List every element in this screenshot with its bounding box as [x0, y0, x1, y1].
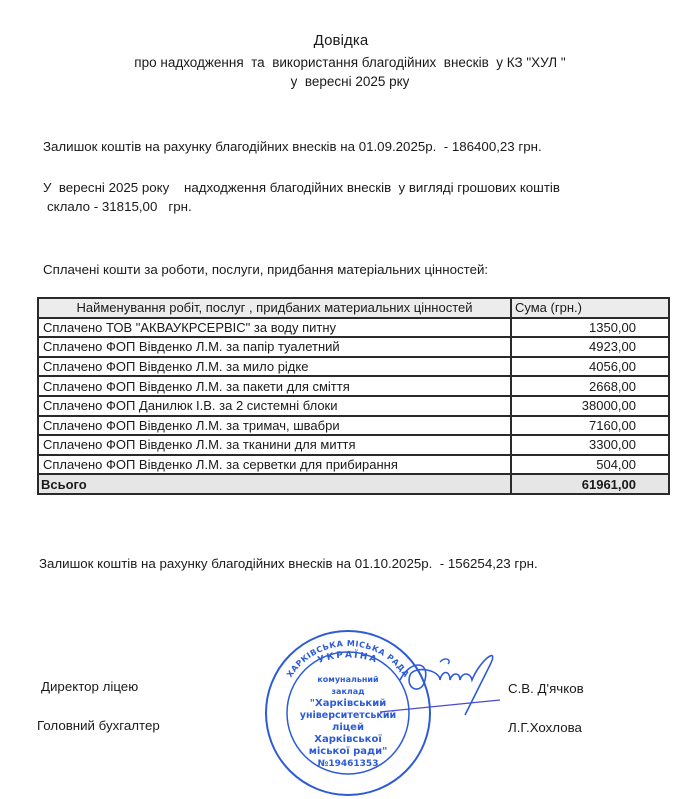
svg-text:заклад: заклад [331, 687, 365, 696]
signature-icon [380, 640, 510, 720]
svg-text:УКРАЇНА: УКРАЇНА [317, 650, 380, 666]
svg-text:міської ради": міської ради" [309, 745, 388, 757]
row-amount: 1350,00 [511, 318, 669, 338]
row-amount: 4923,00 [511, 337, 669, 357]
row-amount: 4056,00 [511, 357, 669, 377]
table-row: Сплачено ТОВ "АКВАУКРСЕРВІС" за воду пит… [38, 318, 669, 338]
header-amount: Сума (грн.) [511, 298, 669, 318]
opening-balance: Залишок коштів на рахунку благодійних вн… [43, 139, 542, 154]
svg-text:Харківської: Харківської [314, 733, 382, 745]
row-amount: 504,00 [511, 455, 669, 475]
row-amount: 7160,00 [511, 416, 669, 436]
table-row: Сплачено ФОП Данилюк І.В. за 2 системні … [38, 396, 669, 416]
director-name: С.В. Д'ячков [508, 681, 584, 696]
table-header-row: Найменування робіт, послуг , придбаних м… [38, 298, 669, 318]
row-name: Сплачено ФОП Вівденко Л.М. за пакети для… [38, 376, 511, 396]
accountant-role: Головний бухгалтер [37, 718, 160, 733]
income-text: У вересні 2025 року надходження благодій… [43, 180, 560, 195]
total-label: Всього [38, 474, 511, 494]
svg-text:"Харківський: "Харківський [310, 698, 386, 709]
row-name: Сплачено ФОП Вівденко Л.М. за серветки д… [38, 455, 511, 475]
row-name: Сплачено ФОП Данилюк І.В. за 2 системні … [38, 396, 511, 416]
director-role: Директор ліцею [41, 679, 138, 694]
header-name: Найменування робіт, послуг , придбаних м… [38, 298, 511, 318]
row-name: Сплачено ФОП Вівденко Л.М. за мило рідке [38, 357, 511, 377]
row-amount: 3300,00 [511, 435, 669, 455]
row-amount: 2668,00 [511, 376, 669, 396]
table-total-row: Всього61961,00 [38, 474, 669, 494]
document-period: у вересні 2025 рку [100, 74, 600, 89]
expenses-intro: Сплачені кошти за роботи, послуги, придб… [43, 262, 488, 277]
income-amount: склало - 31815,00 грн. [47, 199, 192, 214]
row-name: Сплачено ТОВ "АКВАУКРСЕРВІС" за воду пит… [38, 318, 511, 338]
document-subtitle: про надходження та використання благодій… [100, 55, 600, 70]
row-amount: 38000,00 [511, 396, 669, 416]
svg-text:ліцей: ліцей [332, 722, 364, 733]
table-row: Сплачено ФОП Вівденко Л.М. за серветки д… [38, 455, 669, 475]
table-row: Сплачено ФОП Вівденко Л.М. за тканини дл… [38, 435, 669, 455]
row-name: Сплачено ФОП Вівденко Л.М. за папір туал… [38, 337, 511, 357]
document-title: Довідка [0, 32, 682, 49]
row-name: Сплачено ФОП Вівденко Л.М. за тримач, шв… [38, 416, 511, 436]
table-row: Сплачено ФОП Вівденко Л.М. за пакети для… [38, 376, 669, 396]
table-row: Сплачено ФОП Вівденко Л.М. за мило рідке… [38, 357, 669, 377]
total-amount: 61961,00 [511, 474, 669, 494]
row-name: Сплачено ФОП Вівденко Л.М. за тканини дл… [38, 435, 511, 455]
svg-text:комунальний: комунальний [317, 675, 378, 684]
table-row: Сплачено ФОП Вівденко Л.М. за папір туал… [38, 337, 669, 357]
accountant-name: Л.Г.Хохлова [508, 720, 582, 735]
svg-text:№19461353: №19461353 [318, 759, 379, 769]
table-row: Сплачено ФОП Вівденко Л.М. за тримач, шв… [38, 416, 669, 436]
expenses-table: Найменування робіт, послуг , придбаних м… [37, 297, 670, 495]
closing-balance: Залишок коштів на рахунку благодійних вн… [39, 556, 538, 571]
